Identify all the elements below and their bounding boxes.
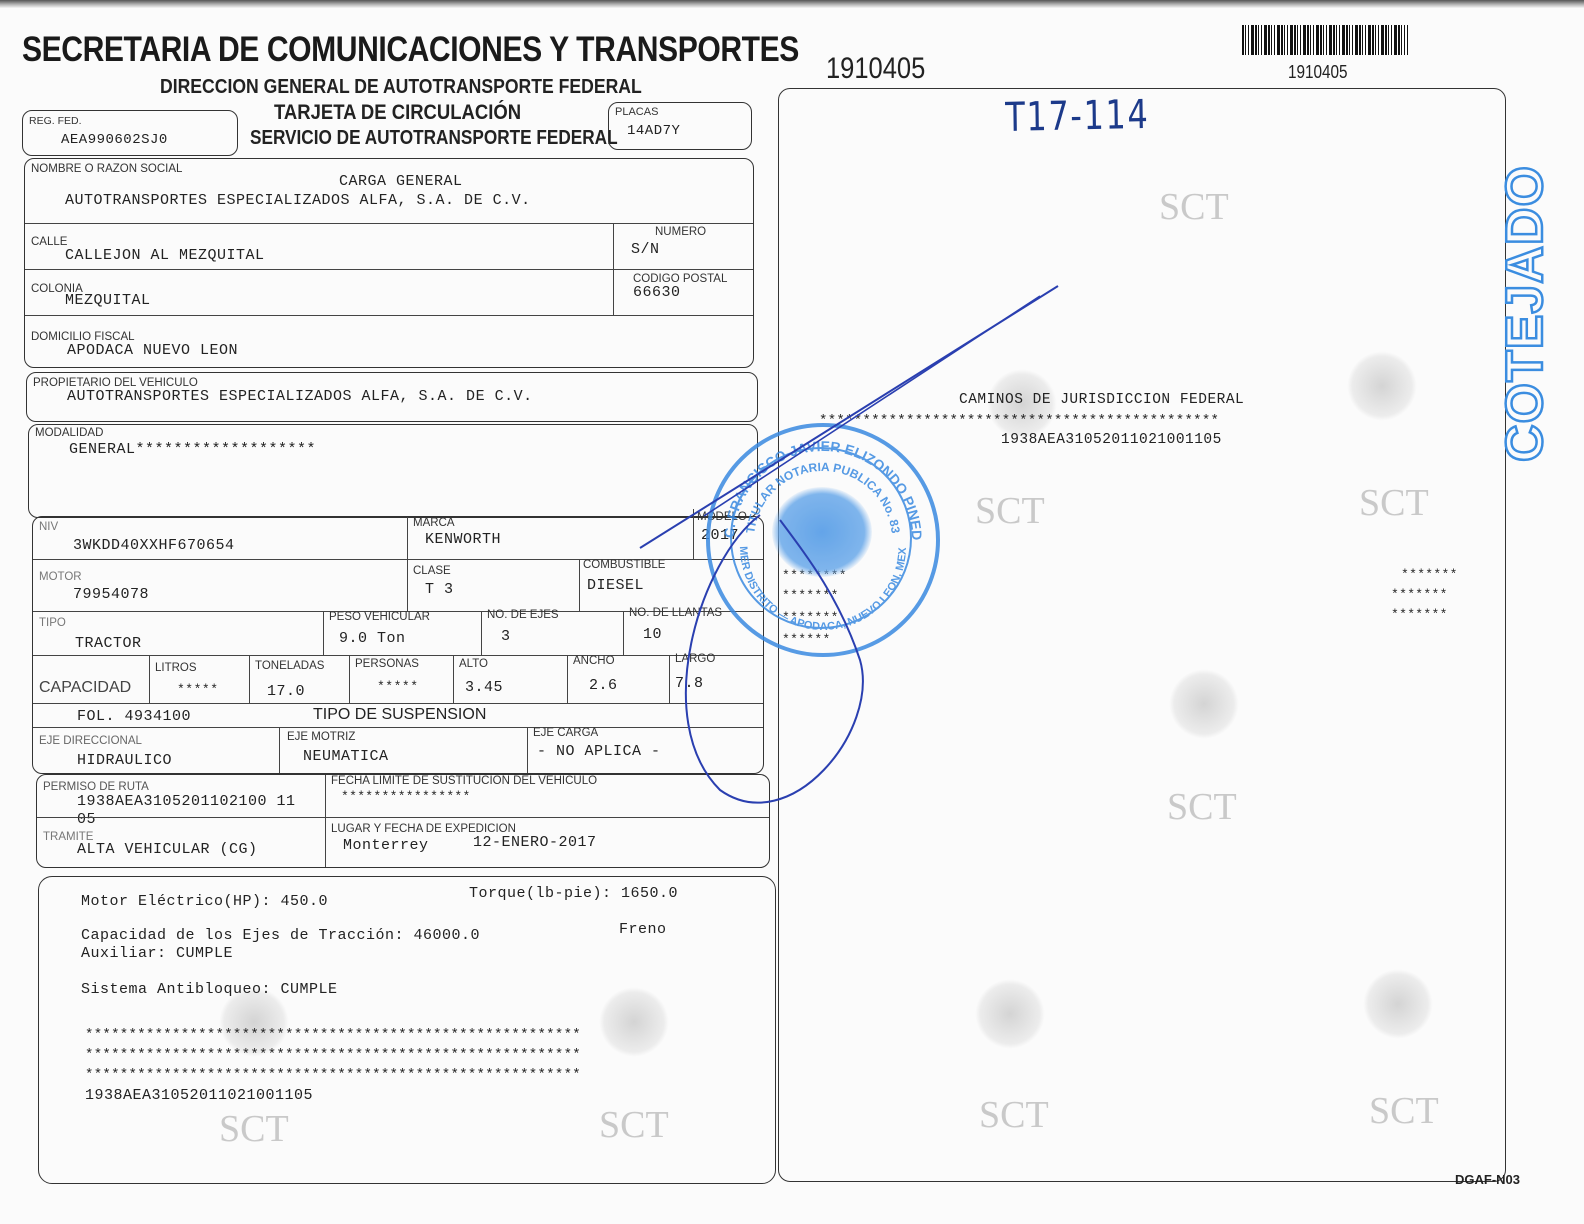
form-code: DGAF-N03 (1455, 1172, 1520, 1187)
handwritten-signature (0, 0, 1584, 1224)
cotejado-stamp: COTEJADO (1495, 165, 1555, 462)
